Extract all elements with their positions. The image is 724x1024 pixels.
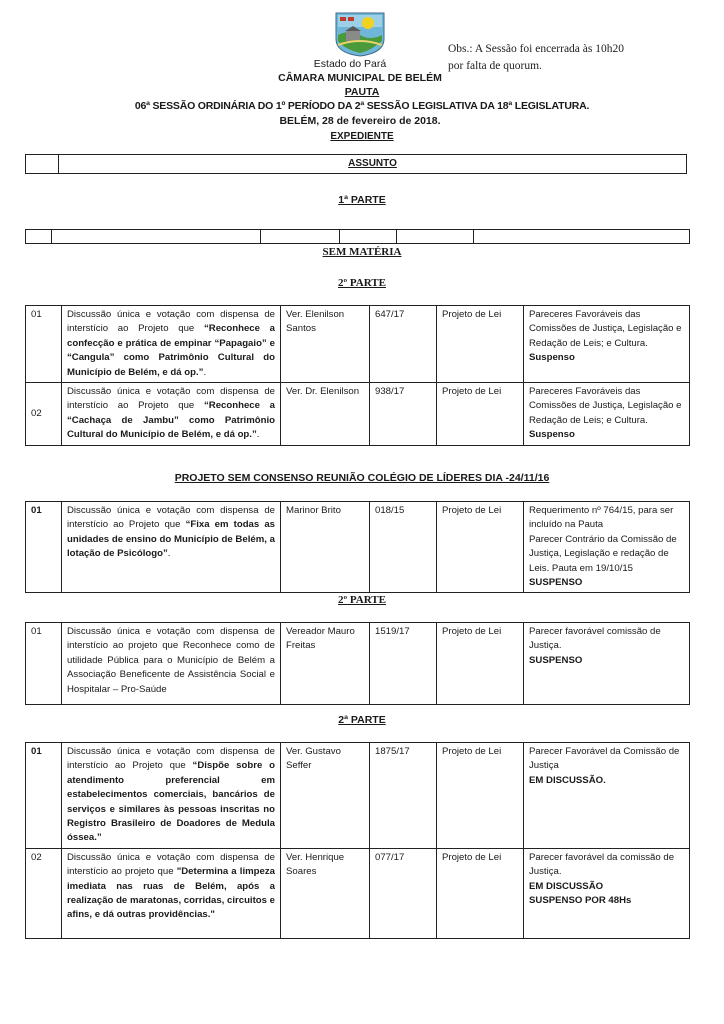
parte2b-title: 2º PARTE: [0, 594, 724, 606]
parte2a-title: 2º PARTE: [0, 277, 724, 289]
table-row: ASSUNTO: [26, 155, 687, 174]
status-badge: SUSPENSO: [529, 577, 582, 588]
item-process: 1875/17: [370, 743, 437, 849]
parte2c-title: 2ª PARTE: [0, 714, 724, 726]
item-author: Ver. Dr. Elenilson: [281, 383, 370, 446]
observation-note: Obs.: A Sessão foi encerrada às 10h20 po…: [448, 41, 718, 75]
parte2a-table: 01 Discussão única e votação com dispens…: [25, 305, 690, 446]
item-number: 02: [26, 383, 62, 446]
parte2c-table: 01 Discussão única e votação com dispens…: [25, 742, 690, 939]
item-description: Discussão única e votação com dispensa d…: [62, 306, 281, 383]
sem-consenso-table: 01 Discussão única e votação com dispens…: [25, 501, 690, 593]
sem-materia-label: SEM MATÉRIA: [0, 246, 724, 258]
empty-cell: [261, 230, 340, 244]
table-row: [26, 230, 690, 244]
item-author: Marinor Brito: [281, 502, 370, 593]
empty-cell: [26, 230, 52, 244]
empty-cell: [474, 230, 690, 244]
item-process: 1519/17: [370, 623, 437, 705]
item-author: Ver. Henrique Soares: [281, 848, 370, 938]
table-row: 02 Discussão única e votação com dispens…: [26, 848, 690, 938]
pauta-title: PAUTA: [0, 86, 724, 98]
parte1-title: 1ª PARTE: [0, 194, 724, 206]
empty-cell: [26, 155, 59, 174]
item-process: 647/17: [370, 306, 437, 383]
parecer-text: Pareceres Favoráveis das Comissões de Ju…: [529, 309, 682, 349]
observation-line-1: Obs.: A Sessão foi encerrada às 10h20: [448, 41, 718, 58]
item-number: 01: [26, 623, 62, 705]
item-parecer: Pareceres Favoráveis das Comissões de Ju…: [524, 306, 690, 383]
item-author: Ver. Elenilson Santos: [281, 306, 370, 383]
description-end: .: [257, 429, 260, 440]
item-number: 01: [26, 743, 62, 849]
table-row: 02 Discussão única e votação com dispens…: [26, 383, 690, 446]
parecer-text: Pareceres Favoráveis das Comissões de Ju…: [529, 386, 682, 426]
item-author: Ver. Gustavo Seffer: [281, 743, 370, 849]
status-badge: Suspenso: [529, 352, 575, 363]
parecer-text: Parecer favorável da comissão de Justiça…: [529, 852, 674, 877]
observation-line-2: por falta de quorum.: [448, 58, 718, 75]
item-parecer: Requerimento nº 764/15, para ser incluíd…: [524, 502, 690, 593]
table-row: 01 Discussão única e votação com dispens…: [26, 623, 690, 705]
description-end: .: [203, 367, 206, 378]
parecer-text: Parecer favorável comissão de Justiça.: [529, 626, 661, 651]
item-type: Projeto de Lei: [437, 306, 524, 383]
item-process: 938/17: [370, 383, 437, 446]
item-description: Discussão única e votação com dispensa d…: [62, 848, 281, 938]
status-badge: EM DISCUSSÃO.: [529, 775, 606, 786]
parte1-table: [25, 229, 690, 244]
empty-cell: [397, 230, 474, 244]
item-description: Discussão única e votação com dispensa d…: [62, 623, 281, 705]
item-description: Discussão única e votação com dispensa d…: [62, 383, 281, 446]
item-type: Projeto de Lei: [437, 502, 524, 593]
table-row: 01 Discussão única e votação com dispens…: [26, 306, 690, 383]
status-badge: Suspenso: [529, 429, 575, 440]
item-author: Vereador Mauro Freitas: [281, 623, 370, 705]
camara-title: CÂMARA MUNICIPAL DE BELÉM: [248, 72, 472, 84]
status-badge-2: SUSPENSO POR 48Hs: [529, 895, 631, 906]
empty-cell: [340, 230, 397, 244]
item-parecer: Pareceres Favoráveis das Comissões de Ju…: [524, 383, 690, 446]
item-type: Projeto de Lei: [437, 743, 524, 849]
item-parecer: Parecer Favorável da Comissão de Justiça…: [524, 743, 690, 849]
item-type: Projeto de Lei: [437, 383, 524, 446]
assunto-header: ASSUNTO: [59, 155, 687, 174]
expediente-title: EXPEDIENTE: [0, 131, 724, 142]
description-bold: “Dispõe sobre o atendimento preferencial…: [67, 760, 275, 843]
item-parecer: Parecer favorável da comissão de Justiça…: [524, 848, 690, 938]
item-parecer: Parecer favorável comissão de Justiça.SU…: [524, 623, 690, 705]
parecer-text: Requerimento nº 764/15, para ser incluíd…: [529, 505, 673, 530]
parte2b-table: 01 Discussão única e votação com dispens…: [25, 622, 690, 705]
parecer-text: Parecer Favorável da Comissão de Justiça: [529, 746, 679, 771]
status-badge: SUSPENSO: [529, 655, 582, 666]
table-row: 01 Discussão única e votação com dispens…: [26, 502, 690, 593]
item-process: 077/17: [370, 848, 437, 938]
item-description: Discussão única e votação com dispensa d…: [62, 502, 281, 593]
parecer-text-2: Parecer Contrário da Comissão de Justiça…: [529, 534, 677, 574]
expediente-table: ASSUNTO: [25, 154, 687, 174]
item-number: 01: [26, 306, 62, 383]
brasao-belem-icon: [334, 11, 386, 57]
session-date: BELÉM, 28 de fevereiro de 2018.: [250, 115, 470, 127]
item-type: Projeto de Lei: [437, 623, 524, 705]
item-number: 01: [26, 502, 62, 593]
sem-consenso-title: PROJETO SEM CONSENSO REUNIÃO COLÉGIO DE …: [0, 472, 724, 484]
item-type: Projeto de Lei: [437, 848, 524, 938]
status-badge: EM DISCUSSÃO: [529, 881, 603, 892]
table-row: 01 Discussão única e votação com dispens…: [26, 743, 690, 849]
item-description: Discussão única e votação com dispensa d…: [62, 743, 281, 849]
sessao-title: 06ª SESSÃO ORDINÁRIA DO 1º PERÍODO DA 2ª…: [0, 100, 724, 112]
empty-cell: [52, 230, 261, 244]
description-end: .: [168, 548, 171, 559]
item-number: 02: [26, 848, 62, 938]
item-process: 018/15: [370, 502, 437, 593]
estado-label: Estado do Pará: [262, 58, 438, 70]
